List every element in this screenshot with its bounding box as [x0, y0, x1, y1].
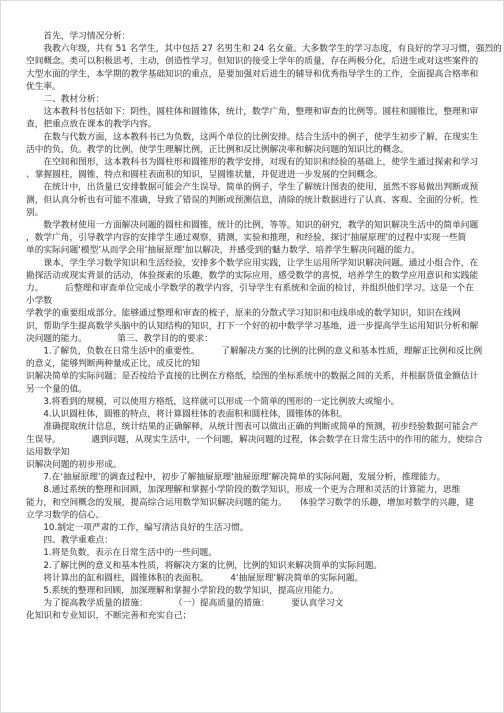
text-line: 查，把重点放在课本的教学内容。	[26, 118, 504, 131]
text-line: 3.将看到的规模，可以使用方格纸，这样就可以形成一个简单的图形的一定比例放大或缩…	[26, 395, 504, 408]
text-line: 测，但认真分析也有可能不准确，导致了错误的判断或预测信息，清除的统计数据进行了认…	[26, 194, 504, 207]
text-line: 8.通过系统的整理和回顾，加深理解和掌握小学阶段的数学知识，形成一个更为合理和灵…	[26, 484, 504, 497]
text-line: 别。	[26, 206, 504, 219]
text-line: 1.将是负数，表示在日常生活中的一些问题。	[26, 547, 504, 560]
text-line: 运用数学知	[26, 446, 504, 459]
text-line: 空间概念。类可以积极思考，主动，创造性学习。但知识的接受上学年的质量，存在两极分…	[26, 55, 504, 68]
text-body: 首先，学习情况分析： 我教六年级，共有 51 名学生，其中包括 27 名男生和 …	[1, 1, 504, 622]
text-line: 生误导。 遇到问题，从现实生活中，一个问题，解决问题的过程，体会数学在日常生活中…	[26, 433, 504, 446]
text-line: 在数与代数方面，这本教科书已为负数，这两个单位的比例安排。结合生活中的例子，使学…	[26, 131, 504, 144]
text-line: 化知识和专业知识，不断完善和充实自己；	[26, 610, 504, 623]
text-line: 力。 后整理和审查单位完成小学数学的教学内容，引导学生有系统和全面的检讨，并组织…	[26, 282, 504, 295]
text-line: 识解决问题的初步形成。	[26, 458, 504, 471]
text-line: 5.系统的整理和回顾，加深理解和掌握小学阶段的数学知识，提高应用能力。	[26, 584, 504, 597]
text-line: 首先，学习情况分析：	[26, 30, 504, 43]
text-line: 学教学的重要组成部分。能够通过整理和审查的梳子，原来的分散式学习知识和电线串成的…	[26, 307, 504, 320]
text-line: 活中的负，负。教学的比例，使学生理解比例，正比例和反比例解决率和解决问题的知识比…	[26, 143, 504, 156]
text-line: 立学习数学的信心。	[26, 509, 504, 522]
text-line: 准确提取统计信息，统计结果的正确解释，从统计图表可以做出正确的判断或简单的预测，…	[26, 421, 504, 434]
text-line: 7.在‘抽屉原理’的调查过程中，初步了解抽屉原理‘抽屉原理’解决简单的实际问题，…	[26, 471, 504, 484]
text-line: ，数学广角，引导教学内容的安排学生通过观察，猜测，实验和推理，和经验，探讨‘抽屉…	[26, 232, 504, 245]
text-line: 优生率。	[26, 80, 504, 93]
text-line: 决问题的能力。 第三、教学目的的要求：	[26, 332, 504, 345]
text-line: 将计算出的缸和圆柱，圆锥体积的表面积。 4‘抽屉原理’解决简单的实际问题。	[26, 572, 504, 585]
text-line: 10.制定一项严肃的工作，编写清洁良好的生活习惯。	[26, 521, 504, 534]
text-line: 的意义，能够判断两种量成正比，成反比的知	[26, 358, 504, 371]
text-line: 这本教科书包括如下：阴性，圆柱体和圆锥体，统计，数学广角，整理和审查的比例等。圆…	[26, 106, 504, 119]
text-line: 识解决简单的实际问题；是否按给予直接的比例在方格纸，绘图的坐标系统中的数据之间的…	[26, 370, 504, 383]
text-line: 在空间和图形，这本教科书为圆柱形和圆锥形的教学安排，对现有的知识和经验的基础上，…	[26, 156, 504, 169]
text-line: 1.了解负，负数在日常生活中的重要性。 了解解决方案的比例的比例的意义和基本性质…	[26, 345, 504, 358]
text-line: 2.了解比例的意义和基本性质，将解决方案的比例，比例的知识来解决简单的实际问题。	[26, 559, 504, 572]
text-line: 大型水面的学生，本学期的教学基础知识的重点，是要加强对后进生的辅导和优秀指导学生…	[26, 68, 504, 81]
text-line: 勘探活动或现实背景的活动，体验探索的乐趣，数学的实际应用，感受数学的喜悦，培养学…	[26, 269, 504, 282]
text-line: 、掌握圆柱，圆锥，特点和圆柱表面积的知识，呈圆锥状量，并促进进一步发展的空间概念…	[26, 169, 504, 182]
text-line: 为了提高教学质量的措施： （一）提高质量的措施： 要认真学习文	[26, 597, 504, 610]
text-line: 4.认识圆柱体，圆锥的特点，将计算圆柱体的表面积和圆柱体，圆锥体的体积。	[26, 408, 504, 421]
text-line: 数学教材使用一方面解决问题的圆柱和圆锥，统计的比例，等等。知识的研究，教学的知识…	[26, 219, 504, 232]
text-line: 课本，学生学习数学知识和生活经验，安排多个数学应用实践，让学生运用所学知识解决问…	[26, 257, 504, 270]
document-page: 首先，学习情况分析： 我教六年级，共有 51 名学生，其中包括 27 名男生和 …	[0, 0, 504, 713]
text-line: 单的实际问题‘模型’从而学会用‘抽屉原理’加以解决，并感受到的魅力数学，培养学生…	[26, 244, 504, 257]
text-line: 另一个量的值。	[26, 383, 504, 396]
text-line: 四、教学重难点：	[26, 534, 504, 547]
text-line: 能力，和空间概念的发展，提高综合运用数学知识解决问题的能力。 体验学习数学的乐趣…	[26, 496, 504, 509]
text-line: 在统计中，出货量已安排数据可能会产生误导。简单的例子，学生了解统计图表的使用，虽…	[26, 181, 504, 194]
text-line: 识，帮助学生提高数学头脑中的认知结构的知识，打下一个好的初中数学学习基地，进一步…	[26, 320, 504, 333]
text-line: 小学数	[26, 295, 504, 308]
text-line: 我教六年级，共有 51 名学生，其中包括 27 名男生和 24 名女童。大多数学…	[26, 43, 504, 56]
text-line: 二、教材分析：	[26, 93, 504, 106]
